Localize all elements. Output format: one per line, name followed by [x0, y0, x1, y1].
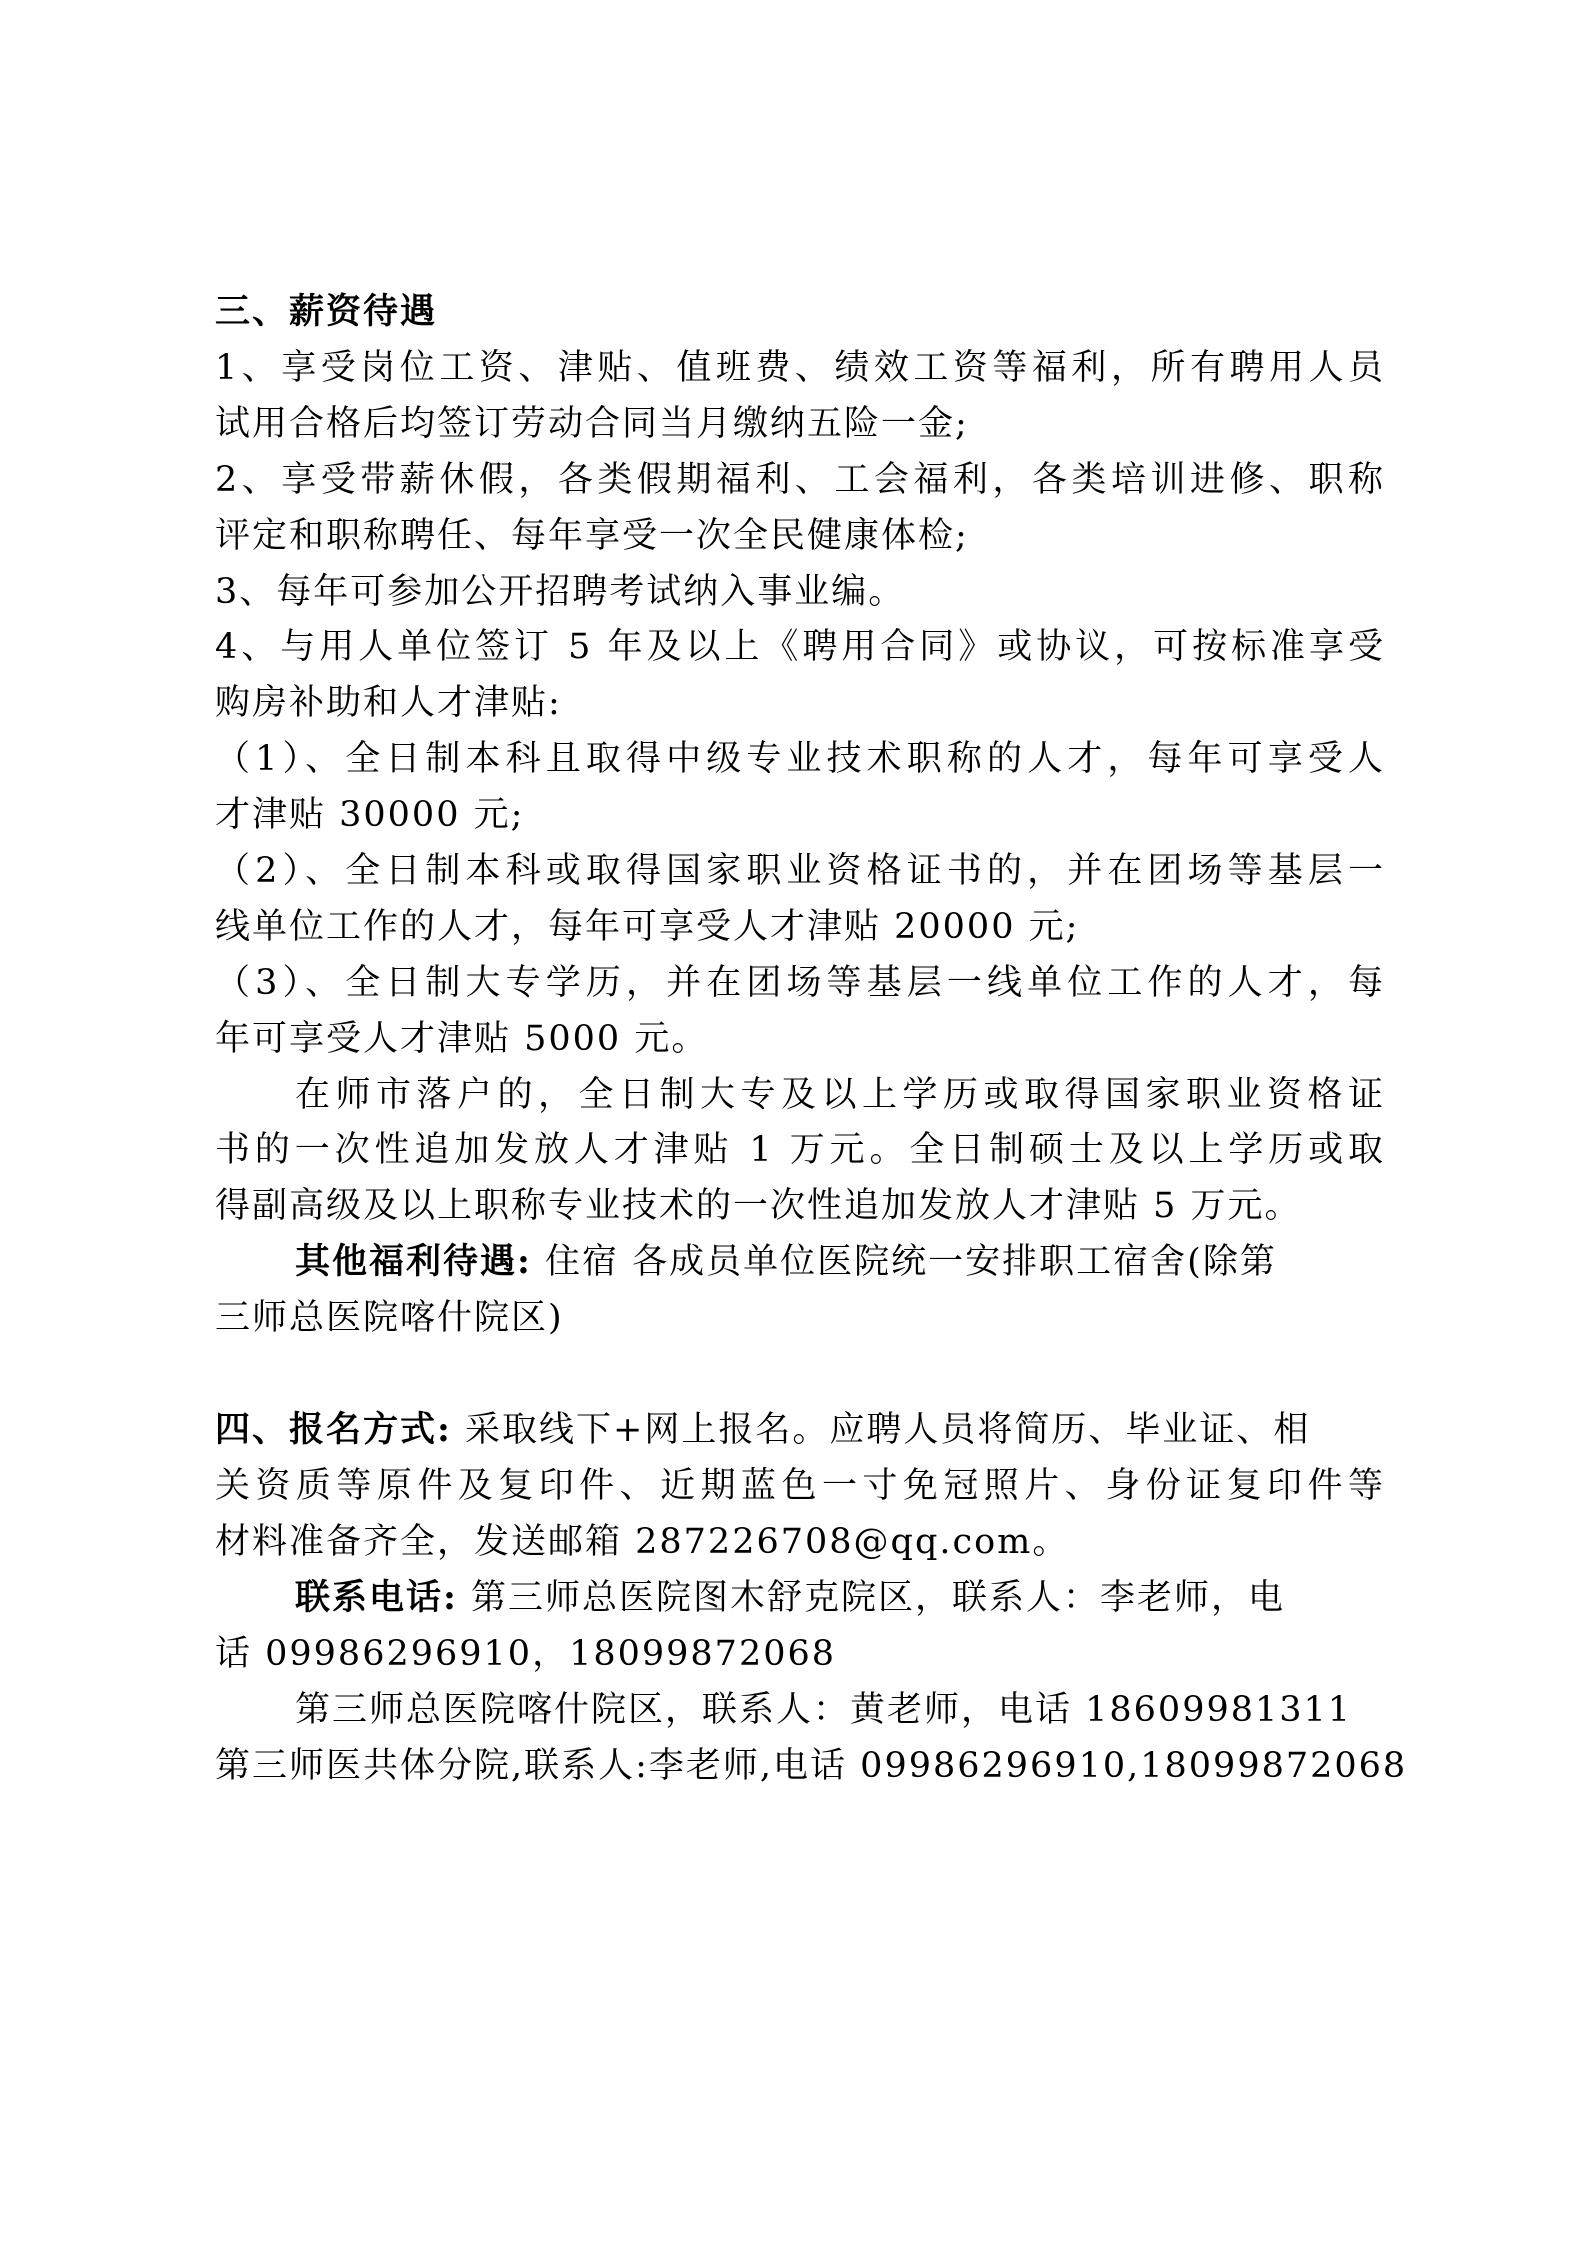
- paragraph-line: 评定和职称聘任、每年享受一次全民健康体检;: [215, 508, 969, 564]
- contact-branch-line: 第三师医共体分院,联系人:李老师,电话 09986296910,18099872…: [215, 1738, 1385, 1794]
- paragraph-line: 得副高级及以上职称专业技术的一次性追加发放人才津贴 5 万元。: [215, 1178, 1302, 1234]
- paragraph-line: （3）、全日制大专学历，并在团场等基层一线单位工作的人才，每: [215, 955, 1385, 1011]
- paragraph-line: 关资质等原件及复印件、近期蓝色一寸免冠照片、身份证复印件等: [215, 1458, 1385, 1514]
- section-heading-salary: 三、薪资待遇: [215, 284, 437, 340]
- paragraph-line: 年可享受人才津贴 5000 元。: [215, 1011, 708, 1067]
- contact-line: 联系电话: 第三师总医院图木舒克院区，联系人：李老师，电: [295, 1570, 1285, 1626]
- paragraph-line: 三师总医院喀什院区): [215, 1290, 564, 1346]
- contact-text: 第三师总医院图木舒克院区，联系人：李老师，电: [458, 1578, 1285, 1618]
- paragraph-line: 试用合格后均签订劳动合同当月缴纳五险一金;: [215, 396, 969, 452]
- paragraph-line: 书的一次性追加发放人才津贴 1 万元。全日制硕士及以上学历或取: [215, 1122, 1385, 1178]
- contact-label: 联系电话:: [295, 1577, 458, 1618]
- other-benefits-text: 住宿 各成员单位医院统一安排职工宿舍(除第: [532, 1242, 1277, 1282]
- paragraph-line: 3、每年可参加公开招聘考试纳入事业编。: [215, 564, 905, 620]
- section-heading-registration-line: 四、报名方式: 采取线下+网上报名。应聘人员将简历、毕业证、相: [215, 1402, 1310, 1458]
- paragraph-line: （1）、全日制本科且取得中级专业技术职称的人才，每年可享受人: [215, 731, 1385, 787]
- other-benefits-label: 其他福利待遇:: [295, 1241, 532, 1282]
- email-line: 材料准备齐全，发送邮箱 287226708@qq.com。: [215, 1514, 1069, 1570]
- paragraph-line: 4、与用人单位签订 5 年及以上《聘用合同》或协议，可按标准享受: [215, 619, 1385, 675]
- contact-phone-line: 话 09986296910，18099872068: [215, 1626, 836, 1682]
- paragraph-line: 购房补助和人才津贴:: [215, 675, 562, 731]
- paragraph-line: 才津贴 30000 元;: [215, 787, 524, 843]
- paragraph-line: 线单位工作的人才，每年可享受人才津贴 20000 元;: [215, 899, 1079, 955]
- registration-text: 采取线下+网上报名。应聘人员将简历、毕业证、相: [452, 1410, 1310, 1450]
- paragraph-line: （2）、全日制本科或取得国家职业资格证书的，并在团场等基层一: [215, 843, 1385, 899]
- contact-kashgar-line: 第三师总医院喀什院区，联系人：黄老师，电话 18609981311: [295, 1682, 1352, 1738]
- document-page: 三、薪资待遇 1、享受岗位工资、津贴、值班费、绩效工资等福利，所有聘用人员 试用…: [0, 0, 1587, 2245]
- paragraph-line: 在师市落户的，全日制大专及以上学历或取得国家职业资格证: [295, 1067, 1385, 1123]
- section-heading-registration: 四、报名方式:: [215, 1409, 452, 1450]
- paragraph-line: 1、享受岗位工资、津贴、值班费、绩效工资等福利，所有聘用人员: [215, 340, 1385, 396]
- paragraph-line: 2、享受带薪休假，各类假期福利、工会福利，各类培训进修、职称: [215, 452, 1385, 508]
- other-benefits-line: 其他福利待遇: 住宿 各成员单位医院统一安排职工宿舍(除第: [295, 1234, 1277, 1290]
